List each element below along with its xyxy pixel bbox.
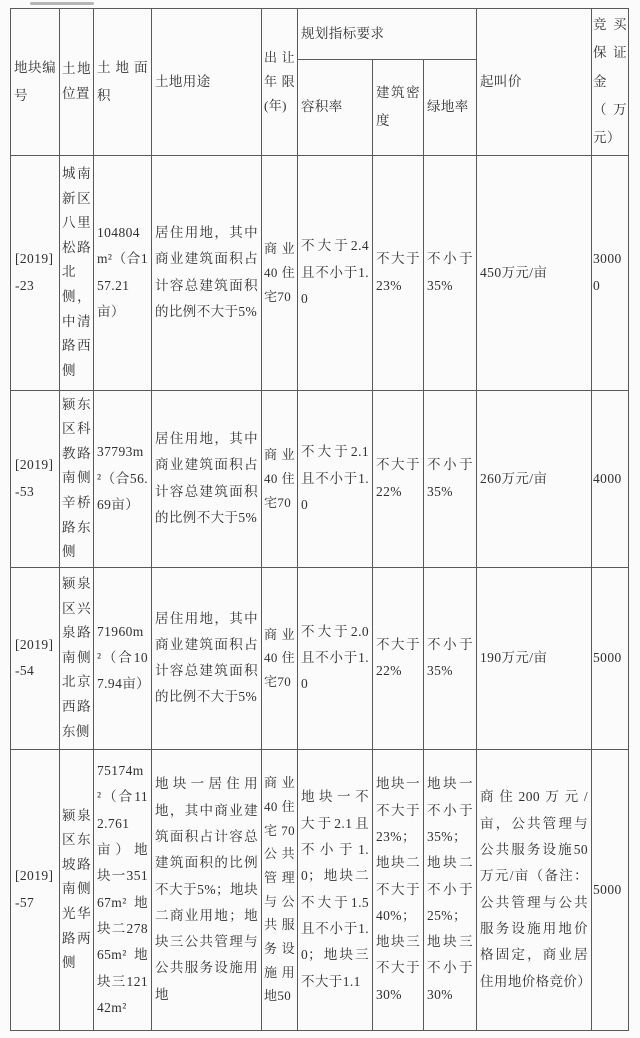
cell-land-use: 居住用地，其中商业建筑面积占计容总建筑面积的比例不大于5%: [152, 390, 262, 567]
cell-plot-ratio: 不大于2.0且不小于1.0: [298, 567, 373, 749]
cell-starting-price: 450万元/亩: [477, 155, 592, 390]
table-row: [2019]-57 颍泉区东坡路南侧光华路两侧 75174m²（合112.761…: [11, 749, 629, 1030]
cell-land-use: 地块一居住用地，其中商业建筑面积占计容总建筑面积的比例不大于5%；地块二商业用地…: [152, 749, 262, 1030]
cell-starting-price: 商住200万元/亩，公共管理与公共服务设施50万元/亩（备注：公共管理与公共服务…: [477, 749, 592, 1030]
cell-green-ratio: 不小于35%: [424, 567, 477, 749]
cell-green-ratio: 地块一不小于35%；地块二不小于25%；地块三不小于30%: [424, 749, 477, 1030]
header-planning-requirements: 规划指标要求: [298, 9, 477, 60]
header-building-density: 建筑密度: [373, 59, 424, 155]
land-auction-table: 地块编号 土地位置 土地面积 土地用途 出让年限(年) 规划指标要求 起叫价 竞…: [10, 8, 629, 1031]
cell-green-ratio: 不小于35%: [424, 390, 477, 567]
cell-transfer-years: 商业40住宅70: [262, 390, 298, 567]
table-header: 地块编号 土地位置 土地面积 土地用途 出让年限(年) 规划指标要求 起叫价 竞…: [11, 9, 629, 156]
cell-green-ratio: 不小于35%: [424, 155, 477, 390]
page: { "colors": { "background": "#fbfbfb", "…: [0, 0, 640, 1038]
table-row: [2019]-54 颍泉区兴泉路南侧北京西路东侧 71960m²（合107.94…: [11, 567, 629, 749]
header-location: 土地位置: [60, 9, 94, 156]
header-land-use: 土地用途: [152, 9, 262, 156]
cell-building-density: 地块一不大于23%；地块二不大于40%；地块三不大于30%: [373, 749, 424, 1030]
header-plot-no: 地块编号: [11, 9, 60, 156]
cropped-text-remnant: [30, 2, 94, 5]
cell-location: 颍东区科教路南侧辛桥路东侧: [60, 390, 94, 567]
table-row: [2019]-53 颍东区科教路南侧辛桥路东侧 37793m²（合56.69亩）…: [11, 390, 629, 567]
cell-deposit: 5000: [592, 749, 629, 1030]
cell-starting-price: 190万元/亩: [477, 567, 592, 749]
cell-area: 104804m²（合157.21亩）: [94, 155, 152, 390]
cell-location: 颍泉区兴泉路南侧北京西路东侧: [60, 567, 94, 749]
header-area: 土地面积: [94, 9, 152, 156]
cell-plot-no: [2019]-53: [11, 390, 60, 567]
cell-building-density: 不大于22%: [373, 567, 424, 749]
header-plot-ratio: 容积率: [298, 59, 373, 155]
cell-transfer-years: 商业40住宅70: [262, 155, 298, 390]
cell-plot-ratio: 不大于2.4且不小于1.0: [298, 155, 373, 390]
cell-building-density: 不大于22%: [373, 390, 424, 567]
header-transfer-years: 出让年限(年): [262, 9, 298, 156]
header-green-ratio: 绿地率: [424, 59, 477, 155]
header-deposit: 竞买保证金（万元）: [592, 9, 629, 156]
table-body: [2019]-23 城南新区八里松路北侧，中清路西侧 104804m²（合157…: [11, 155, 629, 1030]
cell-area: 71960m²（合107.94亩）: [94, 567, 152, 749]
cell-plot-no: [2019]-57: [11, 749, 60, 1030]
cell-plot-ratio: 地块一不大于2.1且不小于1.0；地块二不大于1.5且不小于1.0；地块三不大于…: [298, 749, 373, 1030]
cell-plot-ratio: 不大于2.1且不小于1.0: [298, 390, 373, 567]
cell-land-use: 居住用地，其中商业建筑面积占计容总建筑面积的比例不大于5%: [152, 567, 262, 749]
cell-starting-price: 260万元/亩: [477, 390, 592, 567]
cell-area: 75174m²（合112.761亩）地块一35167m²地块二27865m²地块…: [94, 749, 152, 1030]
cell-deposit: 5000: [592, 567, 629, 749]
cell-deposit: 4000: [592, 390, 629, 567]
cell-location: 颍泉区东坡路南侧光华路两侧: [60, 749, 94, 1030]
cell-location: 城南新区八里松路北侧，中清路西侧: [60, 155, 94, 390]
cell-transfer-years: 商业40住宅70公共管理与公共服务设施用地50: [262, 749, 298, 1030]
cell-plot-no: [2019]-23: [11, 155, 60, 390]
header-starting-price: 起叫价: [477, 9, 592, 156]
cell-plot-no: [2019]-54: [11, 567, 60, 749]
table-row: [2019]-23 城南新区八里松路北侧，中清路西侧 104804m²（合157…: [11, 155, 629, 390]
cell-land-use: 居住用地，其中商业建筑面积占计容总建筑面积的比例不大于5%: [152, 155, 262, 390]
cell-deposit: 30000: [592, 155, 629, 390]
cell-transfer-years: 商业40住宅70: [262, 567, 298, 749]
cell-area: 37793m²（合56.69亩）: [94, 390, 152, 567]
cell-building-density: 不大于23%: [373, 155, 424, 390]
